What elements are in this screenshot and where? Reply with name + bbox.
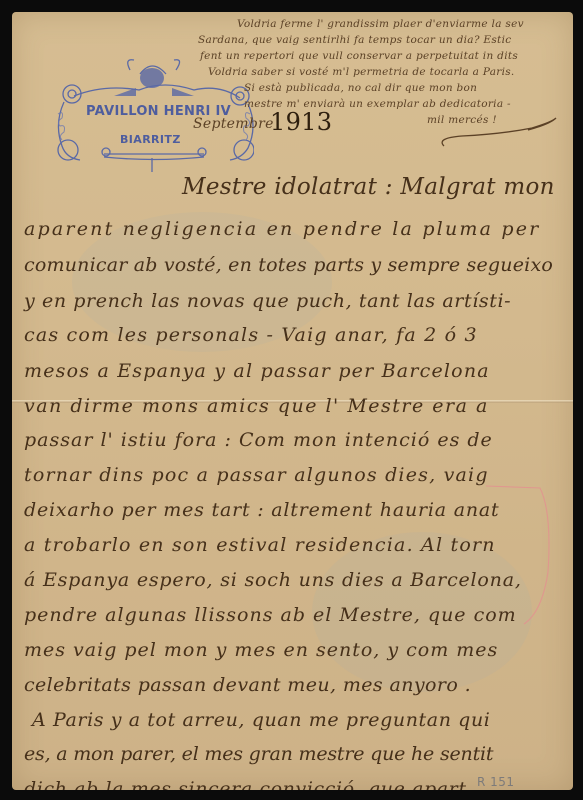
- signature-flourish-icon: [432, 112, 562, 152]
- letter-line: tornar dins poc a passar algunos dies, v…: [24, 464, 489, 486]
- letterhead-city: BIARRITZ: [120, 133, 181, 146]
- letter-line: á Espanya espero, si soch uns dies a Bar…: [24, 569, 522, 591]
- letter-salutation: Mestre idolatrat : Malgrat mon: [182, 174, 555, 200]
- letter-line: comunicar ab vosté, en totes parts y sem…: [24, 254, 553, 276]
- postscript-line: fent un repertori que vull conservar a p…: [200, 50, 518, 62]
- letter-line: mes vaig pel mon y mes en sento, y com m…: [24, 639, 498, 661]
- postscript-line: mestre m' enviarà un exemplar ab dedicat…: [244, 98, 511, 110]
- letter-page: PAVILLON HENRI IV BIARRITZ Septembre 191…: [12, 12, 573, 790]
- date-year: 1913: [270, 108, 332, 136]
- letter-line: dich ab la mes sincera convicció, que ap…: [24, 778, 467, 790]
- letter-line: cas com les personals - Vaig anar, fa 2 …: [24, 324, 478, 346]
- letter-line: a trobarlo en son estival residencia. Al…: [24, 534, 496, 556]
- letter-line: A Paris y a tot arreu, quan me preguntan…: [32, 709, 490, 731]
- date-month: Septembre: [193, 116, 274, 132]
- letter-line: deixarho per mes tart : altrement hauria…: [24, 499, 499, 521]
- letter-line: y en prench las novas que puch, tant las…: [24, 290, 511, 312]
- letter-line: passar l' istiu fora : Com mon intenció …: [24, 429, 493, 451]
- letter-line: mesos a Espanya y al passar per Barcelon…: [24, 360, 490, 382]
- postscript-line: Sardana, que vaig sentirlhi fa temps toc…: [198, 34, 511, 46]
- postscript-line: Si està publicada, no cal dir que mon bo…: [244, 82, 477, 94]
- letter-line: es, a mon parer, el mes gran mestre que …: [24, 743, 493, 765]
- letter-line: celebritats passan devant meu, mes anyor…: [24, 674, 471, 696]
- letter-line: pendre algunas llissons ab el Mestre, qu…: [24, 604, 517, 626]
- archive-reference: R 151: [477, 775, 515, 789]
- letter-line: aparent negligencia en pendre la pluma p…: [24, 218, 540, 240]
- letter-line: van dirme mons amics que l' Mestre era a: [24, 395, 489, 417]
- postscript-line: Voldria ferme l' grandissim plaer d'envi…: [237, 18, 524, 30]
- postscript-line: Voldria saber si vosté m'l permetria de …: [208, 66, 515, 78]
